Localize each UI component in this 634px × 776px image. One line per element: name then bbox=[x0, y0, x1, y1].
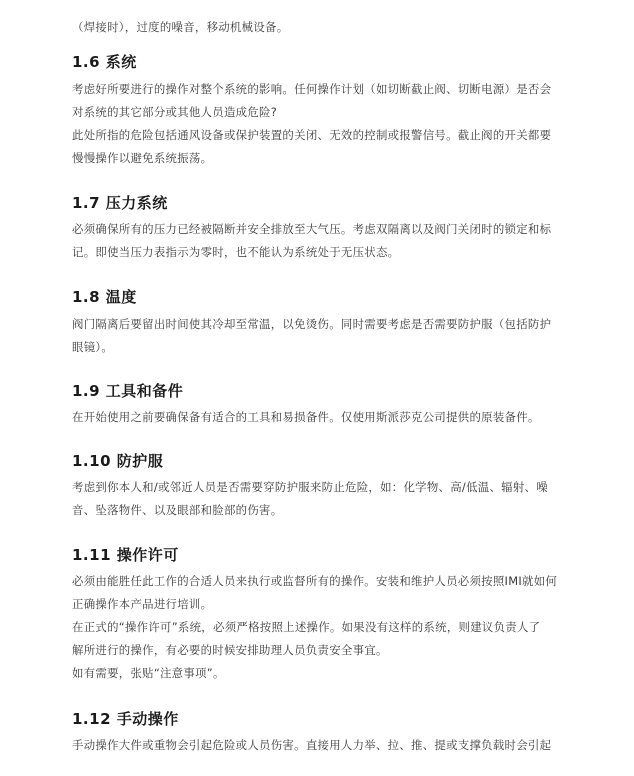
paragraph-line: 考虑好所要进行的操作对整个系统的影响。任何操作计划（如切断截止阀、切断电源）是否… bbox=[72, 81, 551, 97]
paragraph-line: 必须由能胜任此工作的合适人员来执行或监督所有的操作。安装和维护人员必须按照IMI… bbox=[72, 573, 557, 589]
paragraph-line: 解所进行的操作，有必要的时候安排助理人员负责安全事宜。 bbox=[72, 642, 388, 658]
intro-line: （焊接时），过度的噪音，移动机械设备。 bbox=[72, 19, 288, 35]
paragraph-line: 眼镜）。 bbox=[72, 339, 113, 355]
paragraph-line: 正确操作本产品进行培训。 bbox=[72, 596, 212, 612]
paragraph-line: 阀门隔离后要留出时间使其冷却至常温，以免烫伤。同时需要考虑是否需要防护服（包括防… bbox=[72, 316, 551, 332]
paragraph-line: 必须确保所有的压力已经被隔断并安全排放至大气压。考虑双隔离以及阀门关闭时的锁定和… bbox=[72, 221, 551, 237]
section-heading-1-11: 1.11 操作许可 bbox=[72, 545, 179, 565]
paragraph-line: 考虑到你本人和/或邻近人员是否需要穿防护服来防止危险，如：化学物、高/低温、辐射… bbox=[72, 479, 548, 495]
section-heading-1-10: 1.10 防护服 bbox=[72, 451, 163, 471]
paragraph-line: 手动操作大件或重物会引起危险或人员伤害。直接用人力举、拉、推、提或支撑负载时会引… bbox=[72, 737, 551, 753]
section-heading-1-9: 1.9 工具和备件 bbox=[72, 381, 183, 401]
paragraph-line: 此处所指的危险包括通风设备或保护装置的关闭、无效的控制或报警信号。截止阀的开关都… bbox=[72, 127, 551, 143]
paragraph-line: 在开始使用之前要确保备有适合的工具和易损备件。仅使用斯派莎克公司提供的原装备件。 bbox=[72, 409, 540, 425]
paragraph-line: 如有需要，张贴“注意事项”。 bbox=[72, 665, 225, 681]
paragraph-line: 对系统的其它部分或其他人员造成危险? bbox=[72, 104, 277, 120]
section-heading-1-6: 1.6 系统 bbox=[72, 52, 137, 72]
paragraph-line: 在正式的“操作许可”系统，必须严格按照上述操作。如果没有这样的系统，则建议负责人… bbox=[72, 619, 540, 635]
section-heading-1-7: 1.7 压力系统 bbox=[72, 193, 168, 213]
paragraph-line: 记。即使当压力表指示为零时，也不能认为系统处于无压状态。 bbox=[72, 244, 399, 260]
paragraph-line: 音、坠落物件、以及眼部和脸部的伤害。 bbox=[72, 502, 282, 518]
section-heading-1-12: 1.12 手动操作 bbox=[72, 709, 179, 729]
paragraph-line: 慢慢操作以避免系统振荡。 bbox=[72, 150, 212, 166]
section-heading-1-8: 1.8 温度 bbox=[72, 287, 137, 307]
